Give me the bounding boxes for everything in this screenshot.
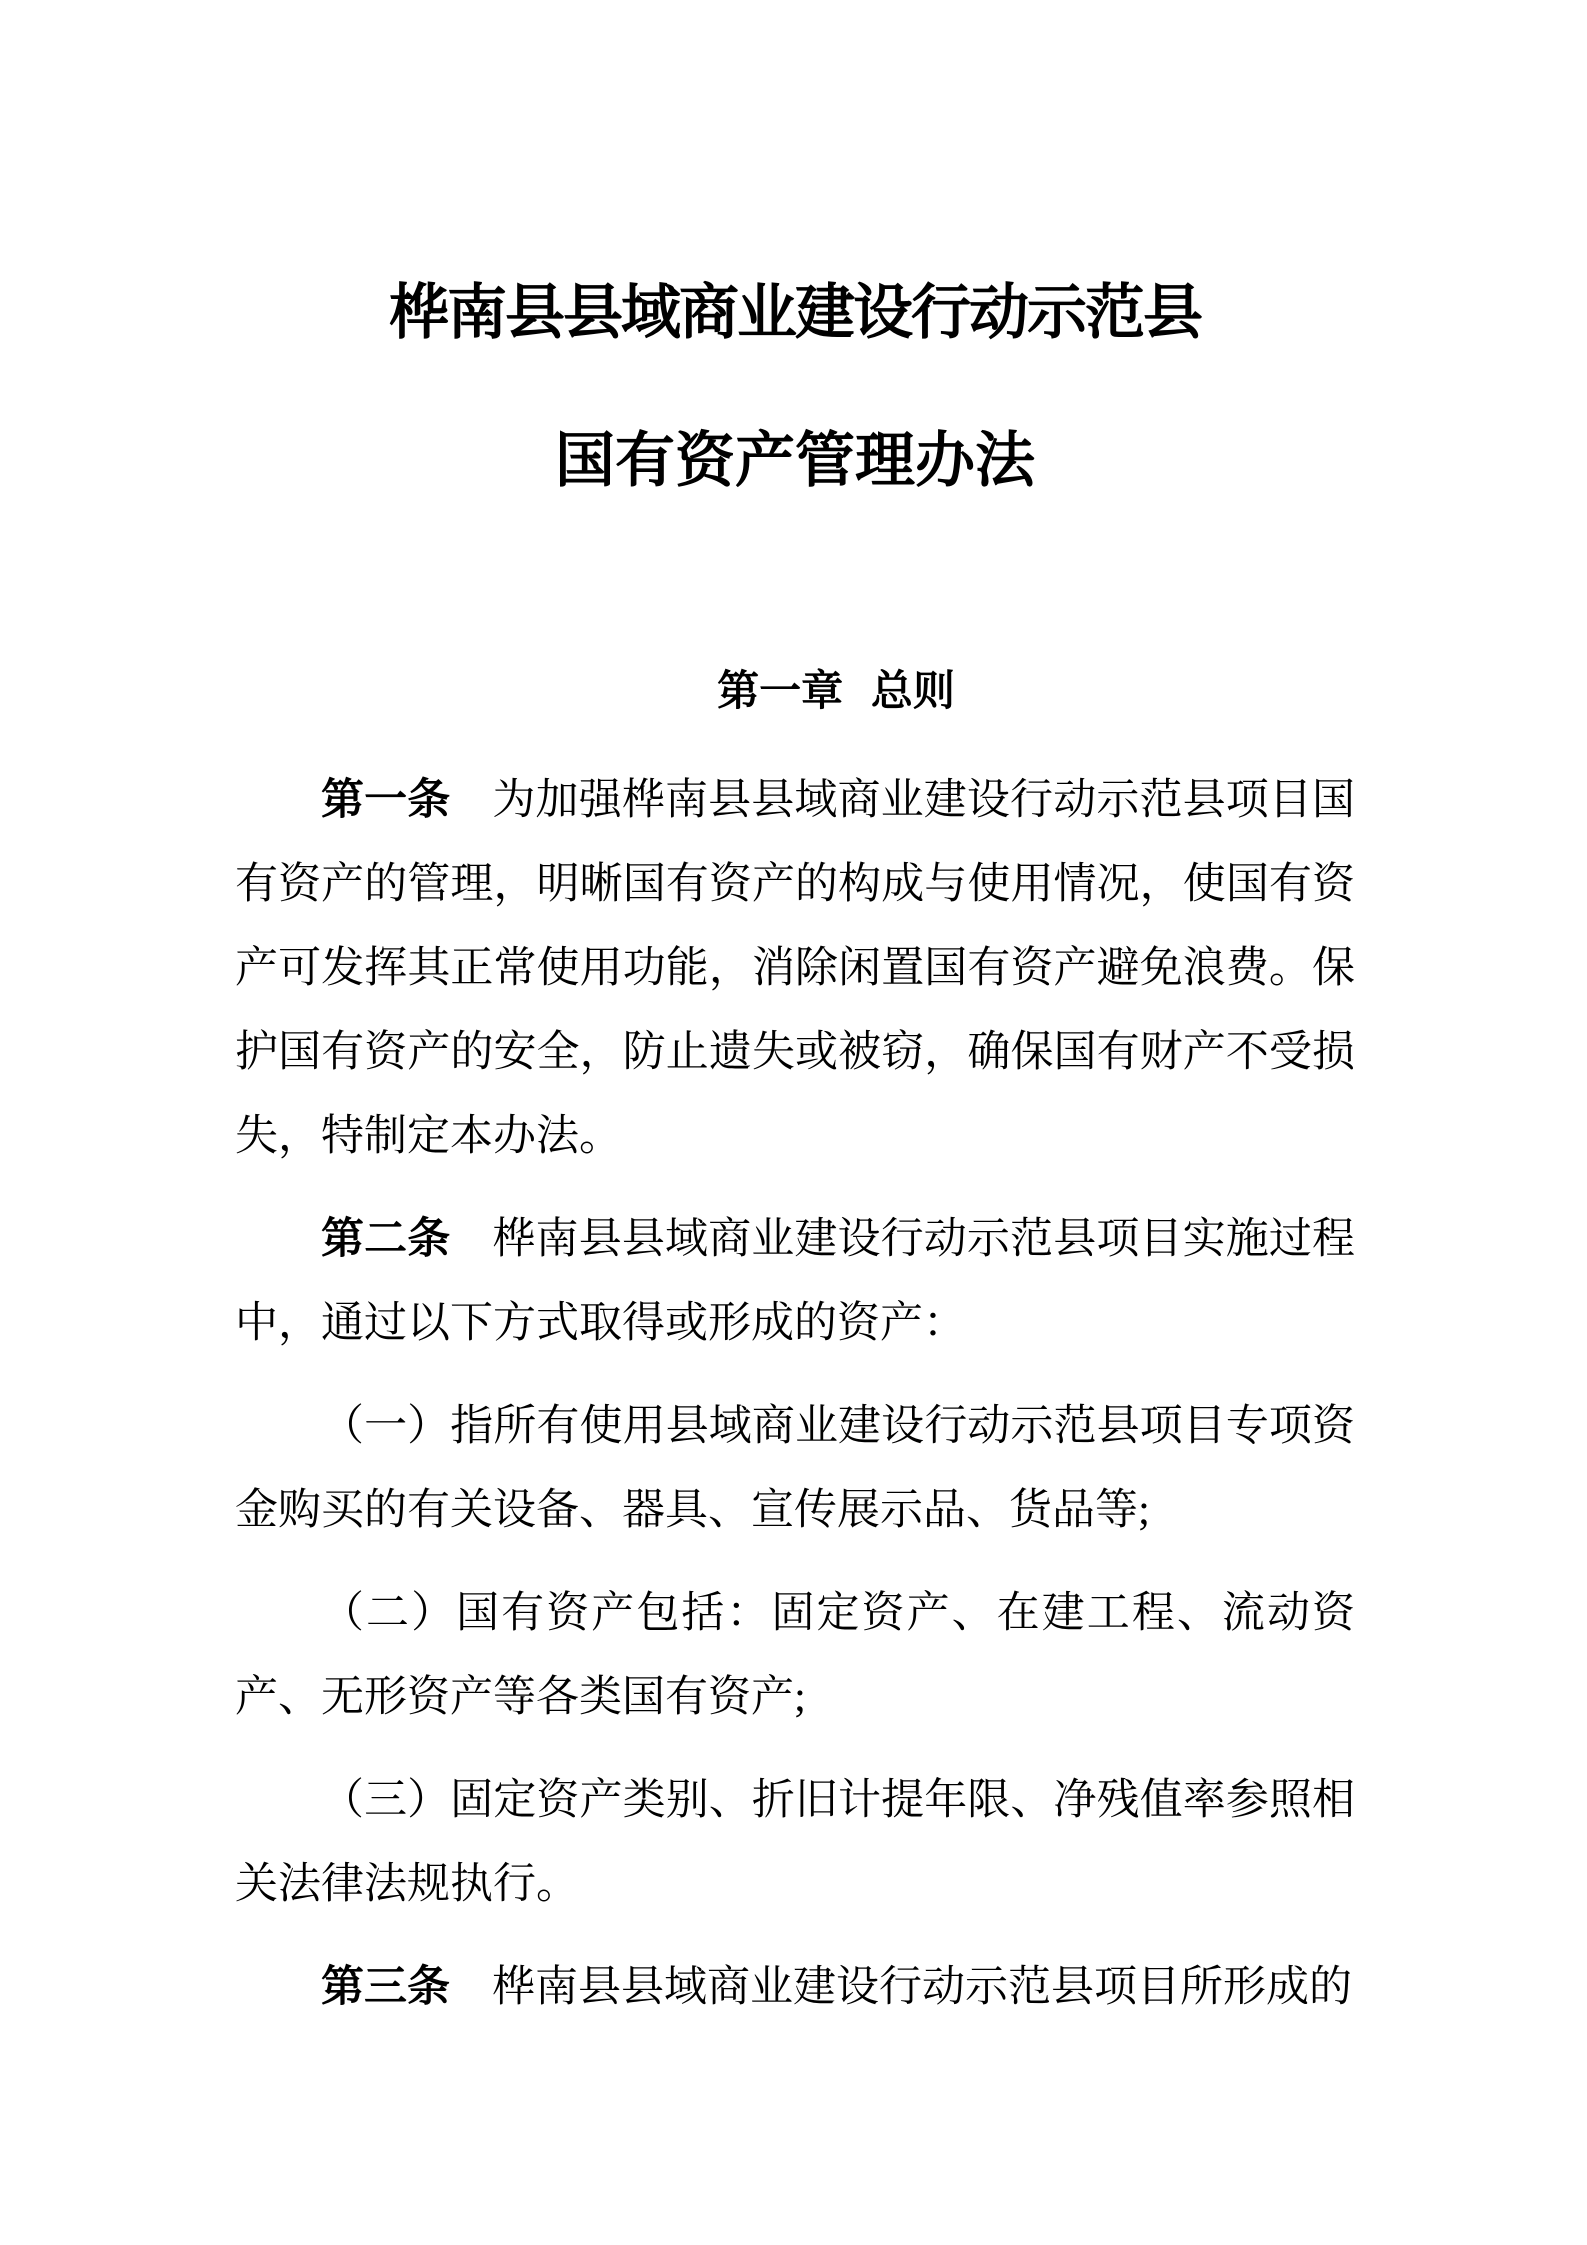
paragraph-article-2: 第二条桦南县县域商业建设行动示范县项目实施过程中，通过以下方式取得或形成的资产： (235, 1198, 1355, 1366)
paragraph-article-1: 第一条为加强桦南县县域商业建设行动示范县项目国有资产的管理，明晰国有资产的构成与… (235, 759, 1355, 1179)
paragraph-article-3: 第三条桦南县县域商业建设行动示范县项目所形成的 (235, 1946, 1355, 2030)
paragraph-text: 桦南县县域商业建设行动示范县项目所形成的 (492, 1964, 1352, 2011)
paragraph-item-3: （三）固定资产类别、折旧计提年限、净残值率参照相关法律法规执行。 (235, 1759, 1355, 1927)
document-title-line-2: 国有资产管理办法 (235, 429, 1355, 493)
paragraph-item-2: （二）国有资产包括：固定资产、在建工程、流动资产、无形资产等各类国有资产; (235, 1572, 1355, 1740)
document-page: 桦南县县域商业建设行动示范县 国有资产管理办法 第一章 总则 第一条为加强桦南县… (0, 0, 1587, 2245)
document-body: 第一条为加强桦南县县域商业建设行动示范县项目国有资产的管理，明晰国有资产的构成与… (235, 759, 1355, 2030)
article-number-label: 第二条 (321, 1216, 450, 1263)
paragraph-item-1: （一）指所有使用县域商业建设行动示范县项目专项资金购买的有关设备、器具、宣传展示… (235, 1385, 1355, 1553)
paragraph-text: （二）国有资产包括：固定资产、在建工程、流动资产、无形资产等各类国有资产; (235, 1590, 1355, 1721)
chapter-heading: 第一章 总则 (235, 668, 1355, 714)
article-number-label: 第三条 (321, 1964, 450, 2011)
paragraph-text: （三）固定资产类别、折旧计提年限、净残值率参照相关法律法规执行。 (235, 1777, 1355, 1908)
paragraph-text: （一）指所有使用县域商业建设行动示范县项目专项资金购买的有关设备、器具、宣传展示… (235, 1403, 1355, 1534)
article-number-label: 第一条 (321, 777, 450, 824)
document-title-line-1: 桦南县县域商业建设行动示范县 (235, 281, 1355, 345)
paragraph-text: 为加强桦南县县域商业建设行动示范县项目国有资产的管理，明晰国有资产的构成与使用情… (235, 777, 1355, 1160)
